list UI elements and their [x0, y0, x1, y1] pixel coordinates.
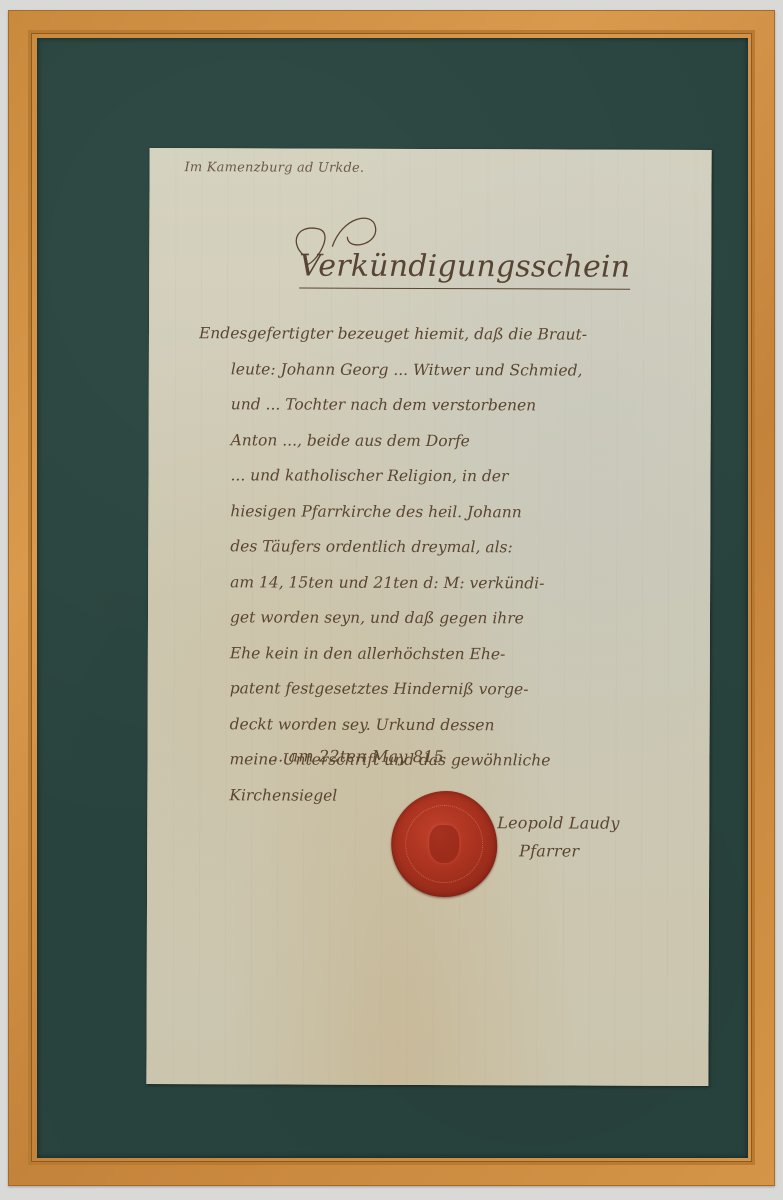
- body-line: hiesigen Pfarrkirche des heil. Johann: [198, 494, 688, 531]
- green-mat-board: Im Kamenzburg ad Urkde. Verkündigungssch…: [37, 38, 748, 1158]
- body-line: deckt worden sey. Urkund dessen: [198, 707, 688, 744]
- body-line: Anton ..., beide aus dem Dorfe: [199, 423, 689, 460]
- document-paper: Im Kamenzburg ad Urkde. Verkündigungssch…: [146, 148, 711, 1086]
- body-line: Endesgefertigter bezeuget hiemit, daß di…: [199, 316, 689, 353]
- signature-block: Leopold Laudy Pfarrer: [497, 809, 620, 865]
- document-title: Verkündigungsschein: [299, 249, 630, 290]
- body-line: ... und katholischer Religion, in der: [198, 458, 688, 495]
- date-line: ... am 22ten May 815: [267, 746, 443, 766]
- body-line: am 14, 15ten und 21ten d: M: verkündi-: [198, 565, 688, 602]
- seal-emblem-icon: [429, 825, 459, 863]
- document-body: Endesgefertigter bezeuget hiemit, daß di…: [197, 316, 689, 815]
- top-left-note: Im Kamenzburg ad Urkde.: [185, 160, 365, 176]
- signature-role: Pfarrer: [497, 837, 620, 865]
- body-line: patent festgesetztes Hinderniß vorge-: [198, 671, 688, 708]
- body-line: leute: Johann Georg ... Witwer und Schmi…: [199, 352, 689, 389]
- wax-seal-icon: [391, 791, 497, 897]
- body-line: get worden seyn, und daß gegen ihre: [198, 600, 688, 637]
- body-line: Ehe kein in den allerhöchsten Ehe-: [198, 636, 688, 673]
- body-line: des Täufers ordentlich dreymal, als:: [198, 529, 688, 566]
- signature-name: Leopold Laudy: [497, 813, 619, 832]
- body-line: und ... Tochter nach dem verstorbenen: [199, 387, 689, 424]
